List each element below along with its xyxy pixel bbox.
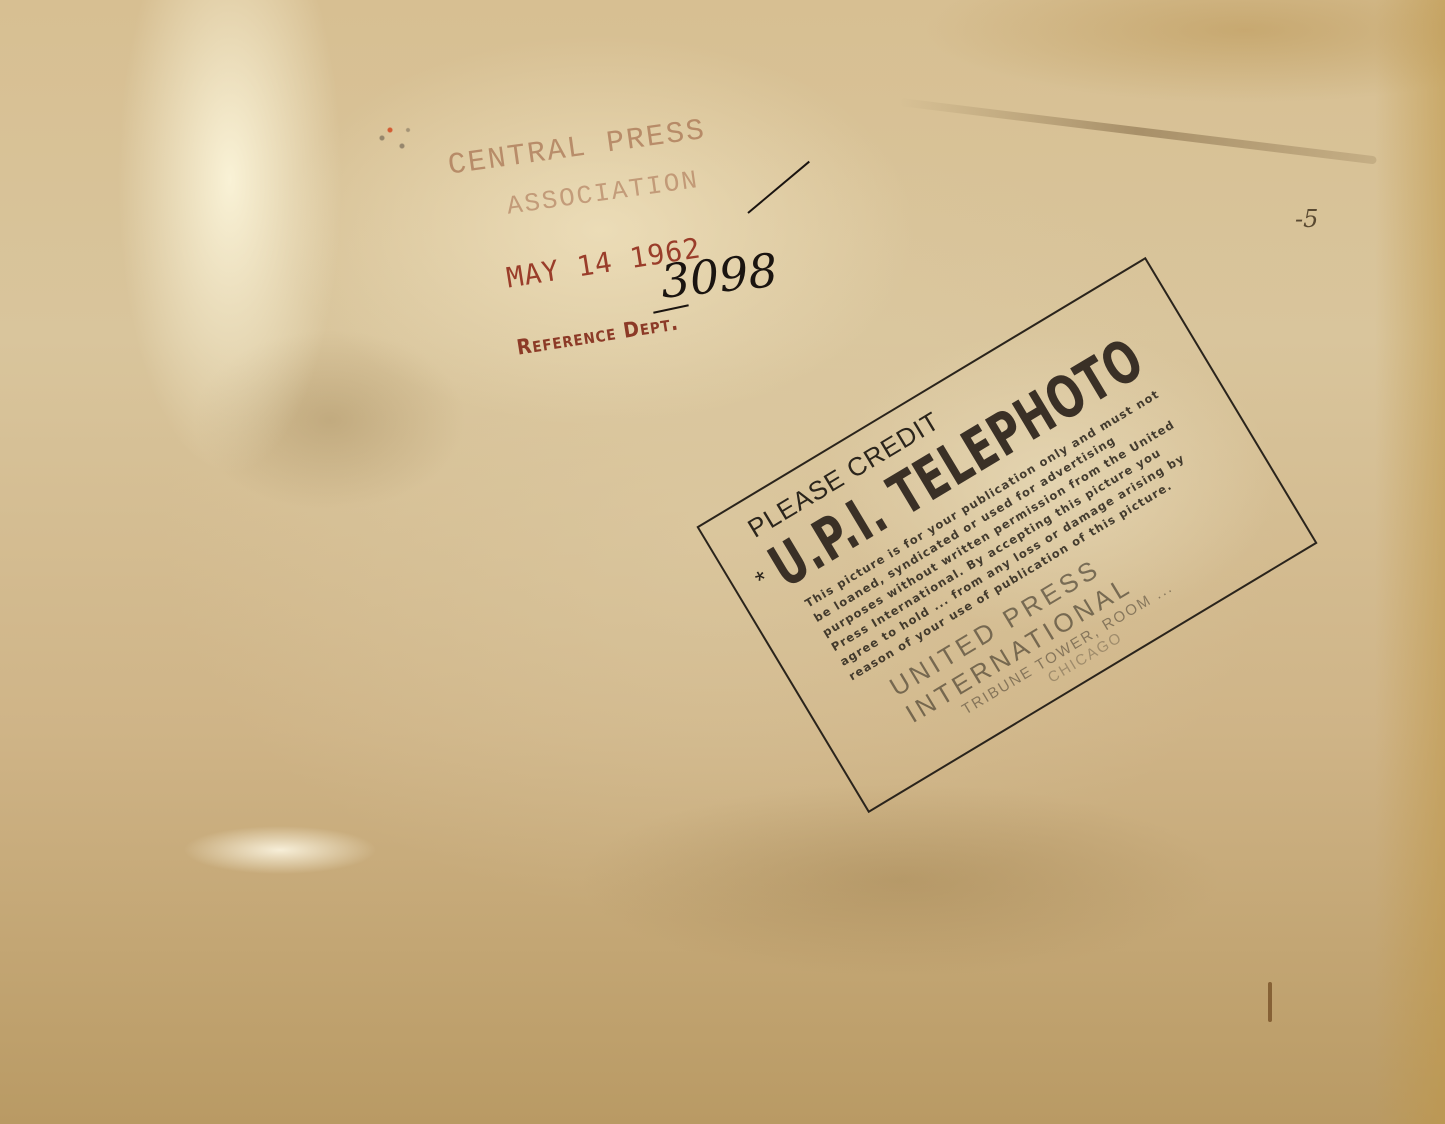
corner-pencil-mark: -5 — [1295, 205, 1318, 233]
ink-specks — [370, 118, 415, 158]
paper-edge-stain — [1375, 0, 1445, 1124]
asterisk-icon: * — [750, 564, 775, 596]
paper-top-stain — [745, 0, 1445, 140]
pencil-mark — [1268, 982, 1272, 1022]
